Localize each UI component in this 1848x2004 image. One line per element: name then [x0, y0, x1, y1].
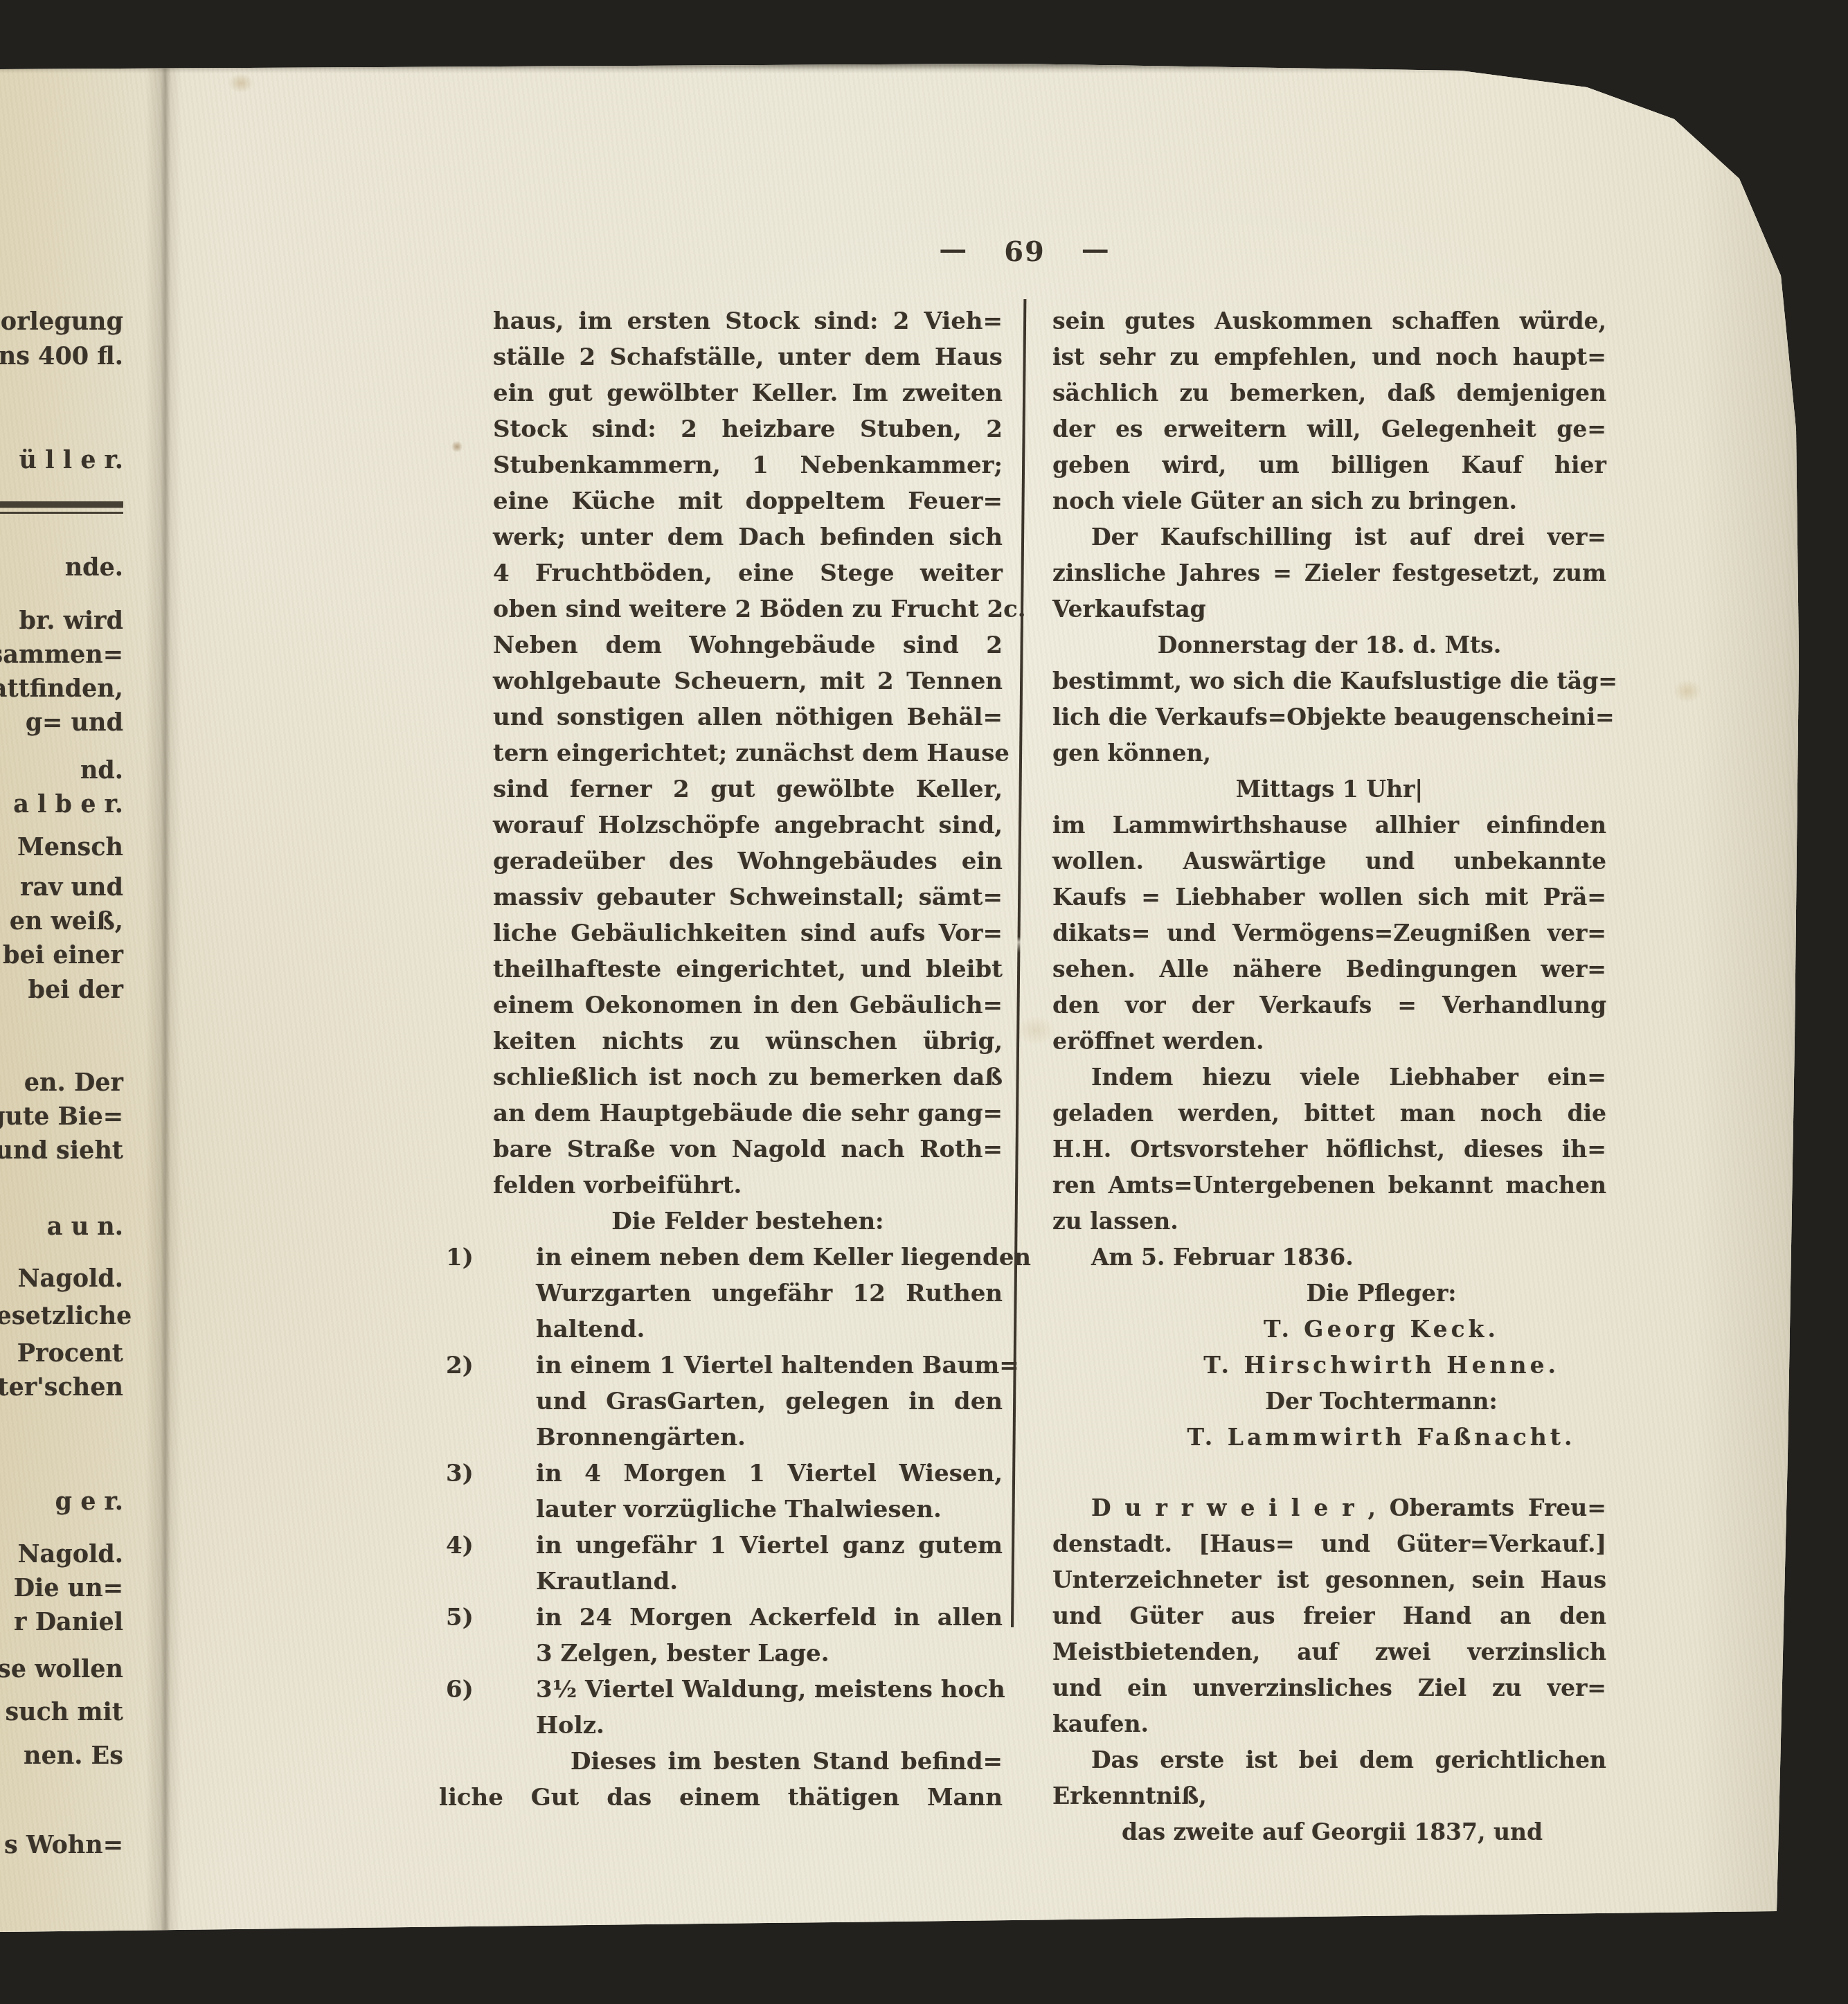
text-line: haltend.	[493, 1312, 1003, 1348]
list-item-number: 5)	[446, 1600, 536, 1636]
text-line: Bronnengärten.	[493, 1420, 1003, 1456]
text-line: einem Oekonomen in den Gebäulich=	[493, 987, 1003, 1023]
text-line: Am 5. Februar 1836.	[1052, 1240, 1606, 1276]
text-line: 3 Zelgen, bester Lage.	[493, 1636, 1003, 1672]
text-line: r Daniel	[0, 1605, 123, 1639]
rule-thin	[0, 512, 123, 514]
text-line: und Güter aus freier Hand an den	[1052, 1598, 1606, 1634]
list-item-text: in ungefähr 1 Viertel ganz gutem	[536, 1528, 1003, 1564]
text-line: Mensch	[0, 830, 123, 864]
list-item-text: in einem neben dem Keller liegenden	[536, 1240, 1031, 1276]
text-line: dikats= und Vermögens=Zeugnißen ver=	[1052, 915, 1606, 951]
text-line: orlegung	[0, 305, 123, 339]
text-line: lich die Verkaufs=Objekte beaugenscheini…	[1052, 699, 1606, 735]
text-line: ein gut gewölbter Keller. Im zweiten	[493, 375, 1003, 411]
rule-thick	[0, 501, 123, 508]
list-item-line: 1)in einem neben dem Keller liegenden	[446, 1240, 1003, 1276]
text-line: eröffnet werden.	[1052, 1023, 1606, 1059]
text-line: Holz.	[493, 1708, 1003, 1744]
text-line: ster'schen	[0, 1370, 123, 1404]
text-line: denstadt. [Haus= und Güter=Verkauf.]	[1052, 1526, 1606, 1562]
text-line: br. wird	[0, 604, 123, 638]
text-line: sammen=	[0, 638, 123, 672]
text-line: nde.	[0, 551, 123, 584]
text-line: bestimmt, wo sich die Kaufslustige die t…	[1052, 663, 1606, 699]
text-line: liche Gut das einem thätigen Mann	[439, 1780, 1003, 1816]
text-line: such mit	[0, 1695, 123, 1729]
list-item-number: 2)	[446, 1348, 536, 1384]
text-line: wohlgebaute Scheuern, mit 2 Tennen	[493, 663, 1003, 699]
text-line: Nagold.	[0, 1262, 123, 1296]
text-line: Neben dem Wohngebäude sind 2	[493, 627, 1003, 663]
text-line: noch viele Güter an sich zu bringen.	[1052, 483, 1606, 519]
text-line: gesetzliche	[0, 1299, 123, 1333]
text-line: attfinden,	[0, 672, 123, 706]
text-line: an dem Hauptgebäude die sehr gang=	[493, 1095, 1003, 1131]
text-line: ns 400 fl.	[0, 339, 123, 373]
text-line: bei einer	[0, 938, 123, 972]
text-line: Erkenntniß,	[1052, 1778, 1606, 1814]
text-line: ist sehr zu empfehlen, und noch haupt=	[1052, 339, 1606, 375]
text-line: Krautland.	[493, 1564, 1003, 1600]
text-line: massiv gebauter Schweinstall; sämt=	[493, 879, 1003, 915]
text-line: D u r r w e i l e r , Oberamts Freu=	[1052, 1490, 1606, 1526]
text-line: liche Gebäulichkeiten sind aufs Vor=	[493, 915, 1003, 951]
text-line: geradeüber des Wohngebäudes ein	[493, 843, 1003, 879]
text-line: gute Bie=	[0, 1100, 123, 1134]
text-line: Das erste ist bei dem gerichtlichen	[1052, 1742, 1606, 1778]
text-line: und sieht	[0, 1134, 123, 1167]
text-line: Mittags 1 Uhr|	[1052, 771, 1606, 807]
text-line: Die un=	[0, 1571, 123, 1605]
text-line: tern eingerichtet; zunächst dem Hause	[493, 735, 1003, 771]
page-number-header: —69—	[443, 235, 1606, 268]
text-line: sein gutes Auskommen schaffen würde,	[1052, 303, 1606, 339]
text-line: a u n.	[0, 1210, 123, 1244]
text-line: haus, im ersten Stock sind: 2 Vieh=	[493, 303, 1003, 339]
column-divider-rule	[1011, 299, 1026, 1627]
text-line: Indem hiezu viele Liebhaber ein=	[1052, 1059, 1606, 1095]
text-line: Stubenkammern, 1 Nebenkammer;	[493, 447, 1003, 483]
text-line: Der Kaufschilling ist auf drei ver=	[1052, 519, 1606, 555]
text-line: Die Pfleger:	[1052, 1276, 1606, 1312]
list-item-text: in 4 Morgen 1 Viertel Wiesen,	[536, 1456, 1003, 1492]
text-line: Kaufs = Liebhaber wollen sich mit Prä=	[1052, 879, 1606, 915]
text-line: Procent	[0, 1336, 123, 1370]
list-item-text: in einem 1 Viertel haltenden Baum=	[536, 1348, 1019, 1384]
text-line: Stock sind: 2 heizbare Stuben, 2	[493, 411, 1003, 447]
text-line: T. Hirschwirth Henne.	[1052, 1348, 1606, 1384]
text-line: Verkaufstag	[1052, 591, 1606, 627]
text-line: im Lammwirthshause allhier einfinden	[1052, 807, 1606, 843]
text-line: und sonstigen allen nöthigen Behäl=	[493, 699, 1003, 735]
text-line: Wurzgarten ungefähr 12 Ruthen	[493, 1276, 1003, 1312]
text-line: ställe 2 Schafställe, unter dem Haus	[493, 339, 1003, 375]
text-line: 4 Fruchtböden, eine Stege weiter	[493, 555, 1003, 591]
text-line: nen. Es	[0, 1739, 123, 1773]
list-item-number: 1)	[446, 1240, 536, 1276]
text-line: Dieses im besten Stand befind=	[493, 1744, 1003, 1780]
text-line: ü l l e r.	[0, 443, 123, 477]
text-line: Die Felder bestehen:	[493, 1204, 1003, 1240]
text-line: T. Georg Keck.	[1052, 1312, 1606, 1348]
header-dash-left: —	[939, 233, 968, 265]
text-line: schließlich ist noch zu bemerken daß	[493, 1059, 1003, 1095]
text-line: worauf Holzschöpfe angebracht sind,	[493, 807, 1003, 843]
text-line: gen können,	[1052, 735, 1606, 771]
text-line: rav und	[0, 870, 123, 904]
text-line: Donnerstag der 18. d. Mts.	[1052, 627, 1606, 663]
text-line: kaufen.	[1052, 1706, 1606, 1742]
text-line: Unterzeichneter ist gesonnen, sein Haus	[1052, 1562, 1606, 1598]
list-item-line: 3)in 4 Morgen 1 Viertel Wiesen,	[446, 1456, 1003, 1492]
text-line: Der Tochtermann:	[1052, 1384, 1606, 1420]
list-item-line: 5)in 24 Morgen Ackerfeld in allen	[446, 1600, 1003, 1636]
text-line: nd.	[0, 753, 123, 787]
list-item-text: 3½ Viertel Waldung, meistens hoch	[536, 1672, 1005, 1708]
header-dash-right: —	[1082, 233, 1111, 265]
list-item-number: 4)	[446, 1528, 536, 1564]
text-line: en. Der	[0, 1066, 123, 1100]
text-line: zu lassen.	[1052, 1204, 1606, 1240]
section-divider-rule	[0, 501, 123, 515]
text-line: sehen. Alle nähere Bedingungen wer=	[1052, 951, 1606, 987]
text-line: g e r.	[0, 1485, 123, 1519]
text-line: g= und	[0, 706, 123, 740]
text-line: zinsliche Jahres = Zieler festgesetzt, z…	[1052, 555, 1606, 591]
text-line: felden vorbeiführt.	[493, 1167, 1003, 1204]
list-item-text: in 24 Morgen Ackerfeld in allen	[536, 1600, 1003, 1636]
list-item-number: 3)	[446, 1456, 536, 1492]
text-line: und ein unverzinsliches Ziel zu ver=	[1052, 1670, 1606, 1706]
text-line: lauter vorzügliche Thalwiesen.	[493, 1492, 1003, 1528]
text-line: en weiß,	[0, 904, 123, 938]
text-line: sächlich zu bemerken, daß demjenigen	[1052, 375, 1606, 411]
main-column-right: sein gutes Auskommen schaffen würde,ist …	[1052, 303, 1606, 1850]
text-line: den vor der Verkaufs = Verhandlung	[1052, 987, 1606, 1023]
text-line: Nagold.	[0, 1537, 123, 1571]
list-item-line: 4)in ungefähr 1 Viertel ganz gutem	[446, 1528, 1003, 1564]
text-line: keiten nichts zu wünschen übrig,	[493, 1023, 1003, 1059]
text-line: se wollen	[0, 1652, 123, 1686]
text-line: geben wird, um billigen Kauf hier	[1052, 447, 1606, 483]
text-line: s Wohn=	[0, 1828, 123, 1862]
text-line: theilhafteste eingerichtet, und bleibt	[493, 951, 1003, 987]
text-line: a l b e r.	[0, 787, 123, 821]
text-line: T. Lammwirth Faßnacht.	[1052, 1420, 1606, 1456]
text-line: Meistbietenden, auf zwei verzinslich	[1052, 1634, 1606, 1670]
list-item-number: 6)	[446, 1672, 536, 1708]
page-number: 69	[1004, 235, 1046, 268]
text-line: eine Küche mit doppeltem Feuer=	[493, 483, 1003, 519]
book-scan: —69— orlegungns 400 fl.ü l l e r.nde.br.…	[0, 0, 1848, 2004]
text-line: sind ferner 2 gut gewölbte Keller,	[493, 771, 1003, 807]
text-line: bei der	[0, 973, 123, 1007]
text-line: oben sind weitere 2 Böden zu Frucht 2c.	[493, 591, 1003, 627]
text-line: das zweite auf Georgii 1837, und	[1052, 1814, 1606, 1850]
text-line: bare Straße von Nagold nach Roth=	[493, 1131, 1003, 1167]
text-line: werk; unter dem Dach befinden sich	[493, 519, 1003, 555]
left-fragment-column: orlegungns 400 fl.ü l l e r.nde.br. wird…	[0, 0, 123, 2004]
book-page: —69— orlegungns 400 fl.ü l l e r.nde.br.…	[0, 0, 1848, 2004]
page-gutter-crease	[145, 66, 181, 1931]
text-line: ren Amts=Untergebenen bekannt machen	[1052, 1167, 1606, 1204]
text-line: der es erweitern will, Gelegenheit ge=	[1052, 411, 1606, 447]
text-line: geladen werden, bittet man noch die	[1052, 1095, 1606, 1131]
list-item-line: 2)in einem 1 Viertel haltenden Baum=	[446, 1348, 1003, 1384]
page-right-edge-shading	[1696, 62, 1820, 1935]
text-line: und GrasGarten, gelegen in den	[493, 1384, 1003, 1420]
list-item-line: 6)3½ Viertel Waldung, meistens hoch	[446, 1672, 1003, 1708]
text-line: H.H. Ortsvorsteher höflichst, dieses ih=	[1052, 1131, 1606, 1167]
main-column-left: haus, im ersten Stock sind: 2 Vieh=ställ…	[493, 303, 1003, 1816]
text-line: wollen. Auswärtige und unbekannte	[1052, 843, 1606, 879]
